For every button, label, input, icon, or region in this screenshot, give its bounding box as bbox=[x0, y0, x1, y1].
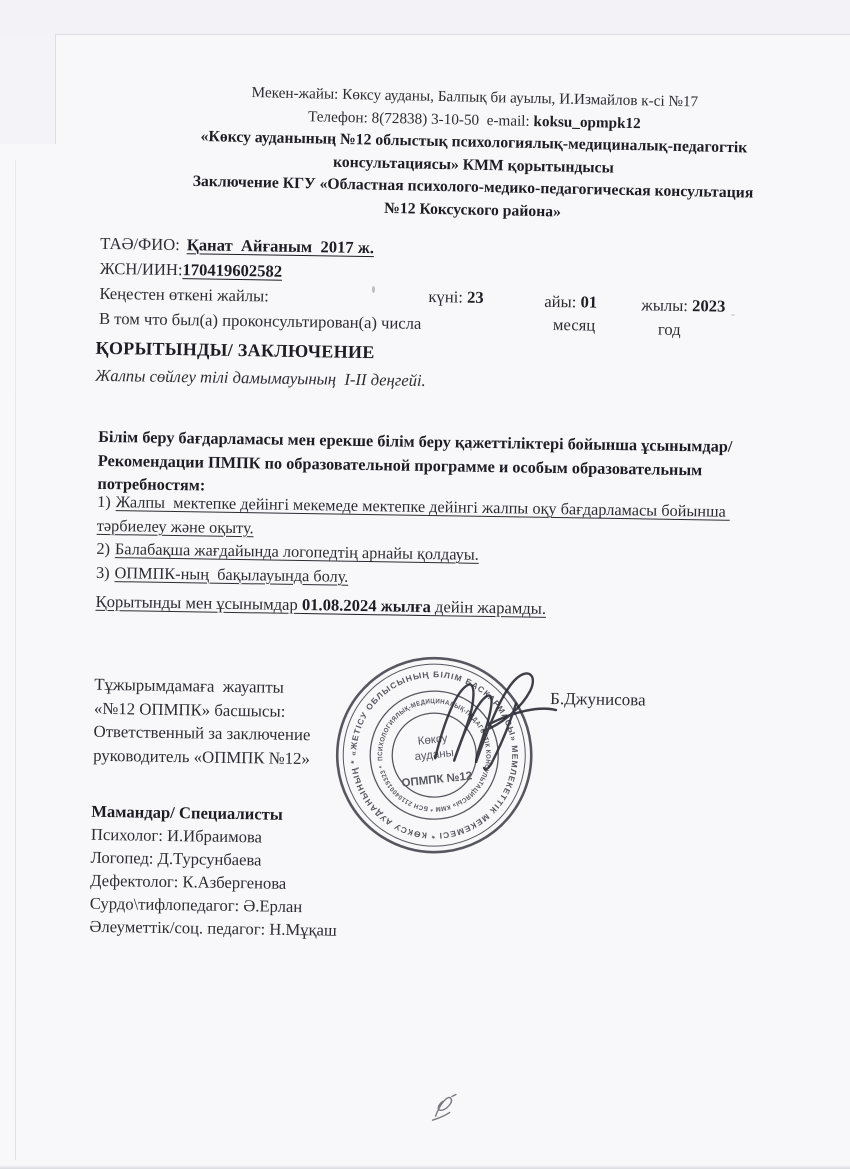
document-sheet: Мекен-жайы: Көксу ауданы, Балпық би ауыл… bbox=[0, 0, 850, 1169]
validity-date: 01.08.2024 жылға bbox=[302, 595, 431, 616]
iin-label: ЖСН/ИИН: bbox=[100, 259, 183, 279]
item-text: ОПМПК-ның бақылауында болу. bbox=[114, 563, 348, 586]
patient-block: ТАӘ/ФИО:Қанат Айғаным 2017 ж. ЖСН/ИИН:17… bbox=[99, 231, 423, 336]
recommendations-list: 1)Жалпы мектепке дейінгі мекемеде мектеп… bbox=[96, 490, 765, 594]
responsible-line4: руководитель «ОПМПК №12» bbox=[93, 743, 310, 770]
conclusion-title: ҚОРЫТЫНДЫ/ ЗАКЛЮЧЕНИЕ bbox=[95, 338, 374, 363]
phone-label: Телефон: 8(72838) 3-10-50 e-mail: bbox=[308, 108, 534, 130]
month-label: айы: bbox=[544, 292, 580, 312]
specialists-block: Мамандар/ Специалисты Психолог: И.Ибраим… bbox=[89, 800, 338, 942]
year-value: 2023 bbox=[692, 296, 725, 316]
validity-line: Қорытынды мен ұсынымдар 01.08.2024 жылға… bbox=[95, 592, 546, 619]
name-value: Қанат Айғаным 2017 ж. bbox=[187, 235, 374, 257]
year-label: жылы: bbox=[641, 295, 692, 315]
item-text: Жалпы мектепке дейінгі мекемеде мектепке… bbox=[97, 492, 730, 537]
handwritten-signature-icon bbox=[417, 660, 571, 780]
item-text: Балабақша жағдайында логопедтің арнайы қ… bbox=[115, 539, 479, 564]
validity-prefix: Қорытынды мен ұсынымдар bbox=[95, 592, 302, 614]
consult-line-ru: В том что был(а) проконсультирован(а) чи… bbox=[99, 306, 422, 336]
responsible-line3: Ответственный за заключение bbox=[93, 720, 310, 747]
day-value: 23 bbox=[467, 288, 484, 307]
year-word: год bbox=[658, 320, 681, 340]
month-word: месяц bbox=[553, 315, 595, 336]
document-header: Мекен-жайы: Көксу ауданы, Балпық би ауыл… bbox=[92, 79, 850, 230]
specialist-row: Әлеуметтік/соц. педагог: Н.Мұқаш bbox=[89, 915, 337, 942]
item-number: 3) bbox=[96, 562, 110, 581]
month-value: 01 bbox=[580, 292, 597, 311]
day-label: күні: bbox=[428, 287, 467, 307]
consult-day: күні: 23 bbox=[428, 287, 484, 308]
responsible-line2: «№12 ОПМПК» басшысы: bbox=[94, 696, 311, 723]
consult-month: айы: 01 bbox=[544, 292, 597, 313]
validity-suffix: дейін жарамды. bbox=[431, 597, 547, 618]
item-number: 2) bbox=[96, 539, 110, 558]
scanned-document-page: Мекен-жайы: Көксу ауданы, Балпық би ауыл… bbox=[0, 0, 850, 1169]
iin-value: 170419602582 bbox=[182, 260, 282, 281]
item-number: 1) bbox=[97, 492, 111, 511]
ink-scribble-icon bbox=[421, 1086, 460, 1129]
name-label: ТАӘ/ФИО: bbox=[100, 234, 180, 254]
responsible-block: Тұжырымдамаға жауапты «№12 ОПМПК» басшыс… bbox=[93, 673, 311, 770]
conclusion-diagnosis: Жалпы сөйлеу тілі дамымауының I-II деңге… bbox=[95, 366, 426, 391]
responsible-line1: Тұжырымдамаға жауапты bbox=[94, 673, 311, 700]
email-value: koksu_opmpk12 bbox=[533, 112, 641, 131]
consult-year: жылы: 2023 bbox=[641, 295, 725, 316]
